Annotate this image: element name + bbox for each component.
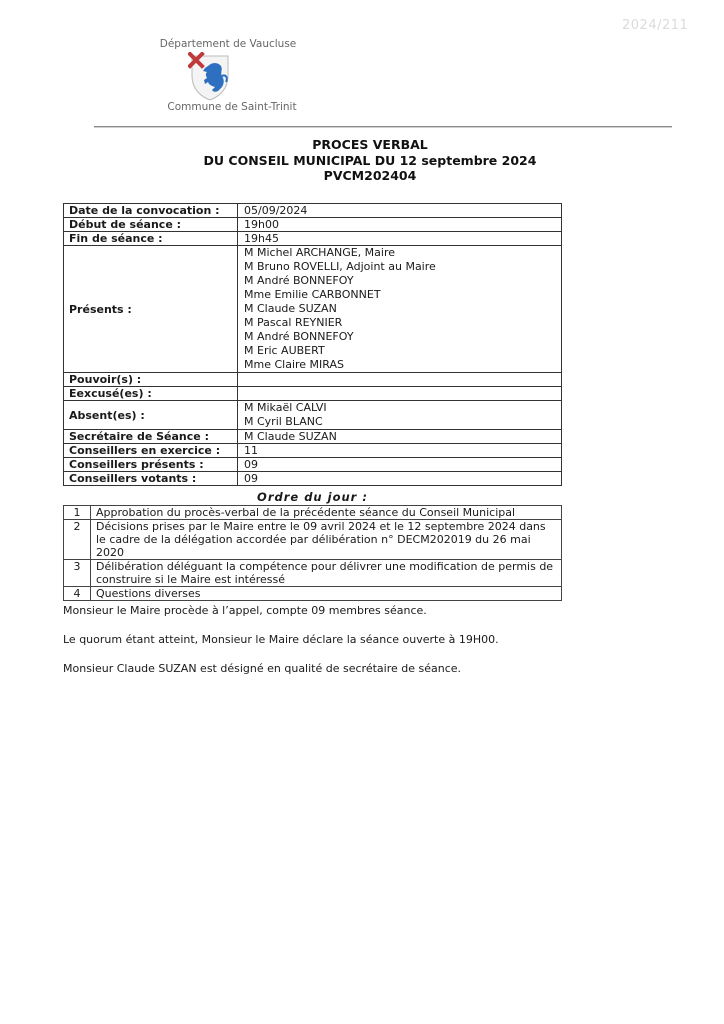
agenda-item-number: 2 xyxy=(64,520,91,560)
roll-call-paragraph: Monsieur le Maire procède à l’appel, com… xyxy=(63,604,427,617)
present-member: M Claude SUZAN xyxy=(244,302,556,316)
presents-list: M Michel ARCHANGE, Maire M Bruno ROVELLI… xyxy=(238,246,562,373)
title-line-1: PROCES VERBAL xyxy=(100,137,640,153)
agenda-heading: Ordre du jour : xyxy=(63,490,562,504)
table-row: Secrétaire de Séance : M Claude SUZAN xyxy=(64,430,562,444)
table-row: Eexcusé(es) : xyxy=(64,387,562,401)
secretary-paragraph: Monsieur Claude SUZAN est désigné en qua… xyxy=(63,662,461,675)
table-row: Conseillers votants : 09 xyxy=(64,472,562,486)
fin-label: Fin de séance : xyxy=(64,232,238,246)
agenda-item-text: Approbation du procès-verbal de la précé… xyxy=(91,506,562,520)
pouvoirs-value xyxy=(238,373,562,387)
agenda-table: 1 Approbation du procès-verbal de la pré… xyxy=(63,505,562,601)
document-stamp: 2024/211 xyxy=(622,18,688,33)
agenda-item-number: 1 xyxy=(64,506,91,520)
commune-name: Commune de Saint-Trinit xyxy=(142,101,322,113)
present-member: M Pascal REYNIER xyxy=(244,316,556,330)
agenda-item-number: 4 xyxy=(64,587,91,601)
convocation-label: Date de la convocation : xyxy=(64,204,238,218)
excuses-label: Eexcusé(es) : xyxy=(64,387,238,401)
present-member: M André BONNEFOY xyxy=(244,274,556,288)
votants-value: 09 xyxy=(238,472,562,486)
coat-of-arms-icon xyxy=(188,52,232,102)
present-member: M André BONNEFOY xyxy=(244,330,556,344)
secretaire-value: M Claude SUZAN xyxy=(238,430,562,444)
convocation-value: 05/09/2024 xyxy=(238,204,562,218)
present-member: M Michel ARCHANGE, Maire xyxy=(244,246,556,260)
agenda-item-text: Délibération déléguant la compétence pou… xyxy=(91,560,562,587)
absent-member: M Cyril BLANC xyxy=(244,415,556,429)
debut-label: Début de séance : xyxy=(64,218,238,232)
absent-member: M Mikaël CALVI xyxy=(244,401,556,415)
pouvoirs-label: Pouvoir(s) : xyxy=(64,373,238,387)
table-row: Début de séance : 19h00 xyxy=(64,218,562,232)
document-title: PROCES VERBAL DU CONSEIL MUNICIPAL DU 12… xyxy=(100,137,640,184)
table-row: Conseillers en exercice : 11 xyxy=(64,444,562,458)
absents-list: M Mikaël CALVI M Cyril BLANC xyxy=(238,401,562,430)
exercice-value: 11 xyxy=(238,444,562,458)
agenda-item-text: Questions diverses xyxy=(91,587,562,601)
excuses-value xyxy=(238,387,562,401)
table-row: Absent(es) : M Mikaël CALVI M Cyril BLAN… xyxy=(64,401,562,430)
debut-value: 19h00 xyxy=(238,218,562,232)
table-row: 2 Décisions prises par le Maire entre le… xyxy=(64,520,562,560)
fin-value: 19h45 xyxy=(238,232,562,246)
present-member: Mme Claire MIRAS xyxy=(244,358,556,372)
session-info-table: Date de la convocation : 05/09/2024 Débu… xyxy=(63,203,562,486)
quorum-paragraph: Le quorum étant atteint, Monsieur le Mai… xyxy=(63,633,499,646)
table-row: Fin de séance : 19h45 xyxy=(64,232,562,246)
table-row: 4 Questions diverses xyxy=(64,587,562,601)
title-line-2: DU CONSEIL MUNICIPAL DU 12 septembre 202… xyxy=(100,153,640,169)
presents-count-label: Conseillers présents : xyxy=(64,458,238,472)
present-member: M Bruno ROVELLI, Adjoint au Maire xyxy=(244,260,556,274)
secretaire-label: Secrétaire de Séance : xyxy=(64,430,238,444)
department-name: Département de Vaucluse xyxy=(146,38,310,50)
table-row: 3 Délibération déléguant la compétence p… xyxy=(64,560,562,587)
table-row: 1 Approbation du procès-verbal de la pré… xyxy=(64,506,562,520)
title-line-3: PVCM202404 xyxy=(100,168,640,184)
header-divider-shadow xyxy=(94,127,672,128)
table-row: Pouvoir(s) : xyxy=(64,373,562,387)
absents-label: Absent(es) : xyxy=(64,401,238,430)
exercice-label: Conseillers en exercice : xyxy=(64,444,238,458)
table-row: Conseillers présents : 09 xyxy=(64,458,562,472)
votants-label: Conseillers votants : xyxy=(64,472,238,486)
table-row: Date de la convocation : 05/09/2024 xyxy=(64,204,562,218)
agenda-item-text: Décisions prises par le Maire entre le 0… xyxy=(91,520,562,560)
presents-count-value: 09 xyxy=(238,458,562,472)
presents-label: Présents : xyxy=(64,246,238,373)
table-row: Présents : M Michel ARCHANGE, Maire M Br… xyxy=(64,246,562,373)
present-member: Mme Emilie CARBONNET xyxy=(244,288,556,302)
present-member: M Eric AUBERT xyxy=(244,344,556,358)
agenda-item-number: 3 xyxy=(64,560,91,587)
